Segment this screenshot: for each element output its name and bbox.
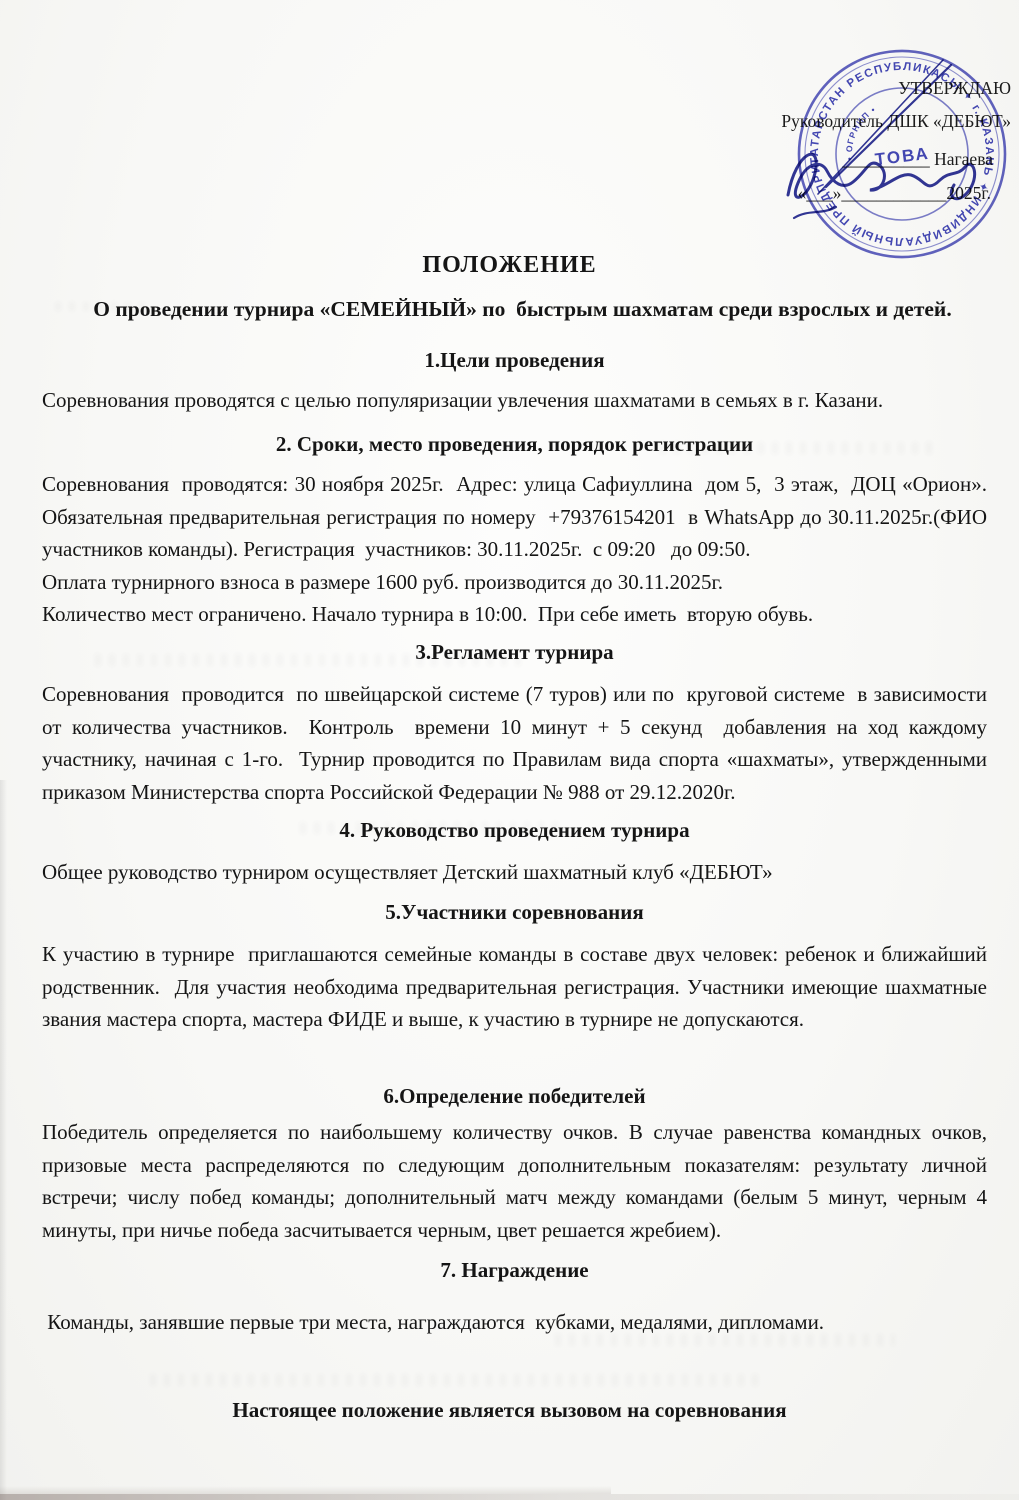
section-heading: 3.Регламент турнира xyxy=(42,640,987,665)
section-body: К участию в турнире приглашаются семейны… xyxy=(42,938,987,1036)
scan-edge-line-bottom xyxy=(0,1494,1019,1500)
section-heading: 2. Сроки, место проведения, порядок реги… xyxy=(42,432,987,457)
section-heading: 7. Награждение xyxy=(42,1258,987,1283)
section-goals: 1.Цели проведения Соревнования проводятс… xyxy=(42,348,987,417)
document-subtitle: О проведении турнира «СЕМЕЙНЫЙ» по быстр… xyxy=(55,297,990,322)
document-title: ПОЛОЖЕНИЕ xyxy=(0,252,1019,279)
section-participants: 5.Участники соревнования К участию в тур… xyxy=(42,900,987,1036)
section-heading: 4. Руководство проведением турнира xyxy=(42,818,987,843)
scanned-document-page: УТВЕРЖДАЮ Руководитель ДШК «ДЕБЮТ» _____… xyxy=(0,0,1019,1500)
section-body: Победитель определяется по наибольшему к… xyxy=(42,1116,987,1246)
section-management: 4. Руководство проведением турнира Общее… xyxy=(42,818,987,889)
section-winners: 6.Определение победителей Победитель опр… xyxy=(42,1084,987,1246)
section-body: Соревнования проводятся с целью популяри… xyxy=(42,384,987,417)
handwritten-signature xyxy=(768,55,1019,255)
scan-edge-shadow-left xyxy=(0,780,7,1500)
section-heading: 6.Определение победителей xyxy=(42,1084,987,1109)
scan-edge-shadow-bottom xyxy=(0,1486,611,1494)
section-dates-place-registration: 2. Сроки, место проведения, порядок реги… xyxy=(42,432,987,631)
section-body: Общее руководство турниром осуществляет … xyxy=(42,856,987,889)
section-body: Соревнования проводятся: 30 ноября 2025г… xyxy=(42,468,987,631)
section-body: Соревнования проводится по швейцарской с… xyxy=(42,678,987,808)
document-footer-line: Настоящее положение является вызовом на … xyxy=(0,1398,1019,1423)
section-regulations: 3.Регламент турнира Соревнования проводи… xyxy=(42,640,987,808)
bleed-through-artifact xyxy=(150,1374,760,1386)
section-awards: 7. Награждение Команды, занявшие первые … xyxy=(42,1258,987,1339)
section-heading: 1.Цели проведения xyxy=(42,348,987,373)
section-body: Команды, занявшие первые три места, нагр… xyxy=(42,1306,987,1339)
section-heading: 5.Участники соревнования xyxy=(42,900,987,925)
